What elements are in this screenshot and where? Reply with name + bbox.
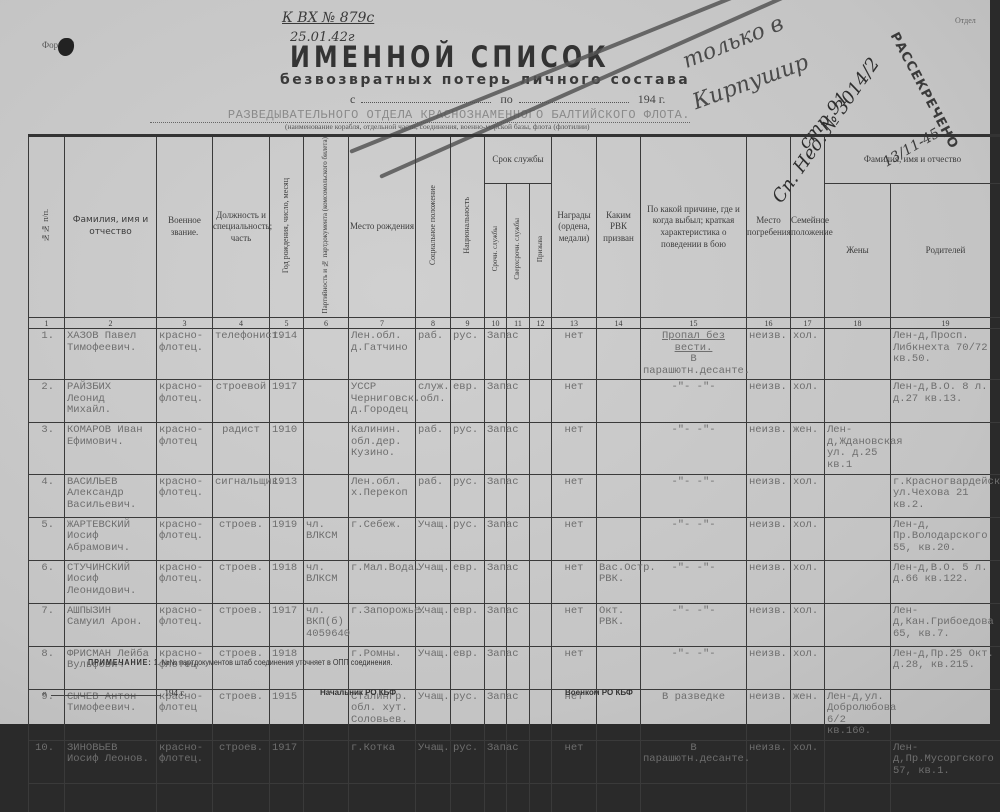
cell-awards: нет — [552, 517, 597, 560]
cell-awards: нет — [552, 646, 597, 689]
header-parents: Родителей — [891, 184, 1000, 318]
cell-rvk — [597, 423, 641, 474]
cell-family-status: хол. — [791, 603, 825, 646]
cell-nationality: рус. — [451, 689, 485, 730]
cell-burial-place: неизв. — [747, 646, 791, 689]
cell-person-name: ФРИСМАН Лейба Вульфович — [65, 646, 157, 689]
cell-service-type: Запас — [485, 423, 507, 474]
cell-social-status: Учащ. — [416, 646, 451, 689]
header-regular-service: Срочн. службы — [485, 184, 507, 318]
cell-social-status: раб. — [416, 329, 451, 380]
cell-military-rank: красно-флотец. — [157, 517, 213, 560]
cell-birthplace: УССР Черниговск.обл. д.Городец — [349, 380, 416, 423]
header-conscription: Призыва — [530, 184, 552, 318]
cell-military-rank: красно-флотец. — [157, 560, 213, 603]
cell-service-type: Запас — [485, 560, 507, 603]
period-line: с по 194 г. — [350, 92, 665, 107]
losses-table: №№ п/п. Фамилия, имя и отчество Военное … — [28, 134, 1000, 730]
cell-birthplace: Лен.обл. д.Гатчино — [349, 329, 416, 380]
cell-burial-place: неизв. — [747, 603, 791, 646]
cell-empty — [530, 423, 552, 474]
column-numbers-row: 123 456 789 101112 131415 161718 19 — [29, 318, 1000, 329]
cell-nationality: евр. — [451, 560, 485, 603]
cell-nationality: евр. — [451, 646, 485, 689]
cell-post: строевой — [213, 380, 270, 423]
cell-birth-year: 1917 — [270, 380, 304, 423]
cell-burial-place: неизв. — [747, 560, 791, 603]
header-family-status: Семейное положение — [791, 136, 825, 318]
cell-service-type: Запас — [485, 603, 507, 646]
cell-rvk — [597, 329, 641, 380]
cell-wife-address: Лен-д,ул. Добролюбова 6/2 кв.160. — [825, 689, 891, 730]
header-social: Социальное положение — [416, 136, 451, 318]
header-rvk: Каким РВК призван — [597, 136, 641, 318]
cell-loss-reason: -"- -"- — [641, 423, 747, 474]
header-birth-year: Год рождения, число, месяц — [270, 136, 304, 318]
cell-row-number: 3. — [29, 423, 65, 474]
cell-service-type: Запас — [485, 474, 507, 517]
header-wife: Жены — [825, 184, 891, 318]
cell-military-rank: красно-флотец — [157, 423, 213, 474]
cell-burial-place: неизв. — [747, 329, 791, 380]
cell-social-status: Учащ. — [416, 560, 451, 603]
header-number: №№ п/п. — [29, 136, 65, 318]
cell-family-status: жен. — [791, 689, 825, 730]
header-post: Должность и специальность; часть — [213, 136, 270, 318]
cell-military-rank: красно-флотец — [157, 646, 213, 689]
table-row: 6.СТУЧИНСКИЙ Иосиф Леонидович.красно-фло… — [29, 560, 1000, 603]
cell-rvk — [597, 380, 641, 423]
cell-loss-reason: -"- -"- — [641, 560, 747, 603]
cell-nationality: евр. — [451, 603, 485, 646]
cell-social-status: раб. — [416, 474, 451, 517]
cell-nationality: евр. — [451, 380, 485, 423]
table-row: 5.ЖАРТЕВСКИЙ Иосиф Абрамович.красно-флот… — [29, 517, 1000, 560]
cell-burial-place: неизв. — [747, 689, 791, 730]
cell-military-rank: красно-флотец. — [157, 329, 213, 380]
table-row: 4.ВАСИЛЬЕВ Александр Васильевич.красно-ф… — [29, 474, 1000, 517]
table-row: 8.ФРИСМАН Лейба Вульфовичкрасно-флотецст… — [29, 646, 1000, 689]
cell-party-membership: чл. ВЛКСМ — [304, 517, 349, 560]
cell-burial-place: неизв. — [747, 423, 791, 474]
cell-loss-reason: -"- -"- — [641, 646, 747, 689]
header-burial: Место погребения — [747, 136, 791, 318]
cell-rvk — [597, 646, 641, 689]
cell-loss-reason: -"- -"- — [641, 474, 747, 517]
cell-post: телефонист. — [213, 329, 270, 380]
cell-nationality: рус. — [451, 329, 485, 380]
cell-post: строев. — [213, 646, 270, 689]
period-to-label: по — [500, 92, 512, 106]
cell-social-status: раб. — [416, 423, 451, 474]
cell-service-type: Запас — [485, 380, 507, 423]
header-awards: Награды (ордена, медали) — [552, 136, 597, 318]
corner-label: Отдел — [955, 16, 976, 25]
cell-wife-address — [825, 603, 891, 646]
cell-row-number: 6. — [29, 560, 65, 603]
cell-rvk — [597, 474, 641, 517]
unit-caption: (наименование корабля, отдельной части, … — [285, 122, 590, 131]
cell-person-name: АШПЫЗИН Самуил Арон. — [65, 603, 157, 646]
cell-parents-address — [891, 689, 1000, 730]
cell-person-name: ВАСИЛЬЕВ Александр Васильевич. — [65, 474, 157, 517]
cell-family-status: хол. — [791, 560, 825, 603]
cell-parents-address: Лен-д, Пр.Володарского 55, кв.20. — [891, 517, 1000, 560]
cell-birthplace: Калинин. обл.дер. Кузино. — [349, 423, 416, 474]
cell-birth-year: 1918 — [270, 560, 304, 603]
cell-wife-address — [825, 329, 891, 380]
period-from-label: с — [350, 92, 355, 106]
cell-empty — [530, 603, 552, 646]
cell-nationality: рус. — [451, 423, 485, 474]
cell-military-rank: красно-флотец. — [157, 474, 213, 517]
cell-row-number: 5. — [29, 517, 65, 560]
footnote-text: 1. №№ партдокументов штаб соединения уто… — [154, 658, 393, 667]
cell-party-membership — [304, 646, 349, 689]
cell-nationality: рус. — [451, 517, 485, 560]
cell-family-status: хол. — [791, 329, 825, 380]
cell-family-status: жен. — [791, 423, 825, 474]
cell-birth-year: 1919 — [270, 517, 304, 560]
cell-person-name: КОМАРОВ Иван Ефимович. — [65, 423, 157, 474]
cell-empty — [530, 560, 552, 603]
cell-family-status: хол. — [791, 474, 825, 517]
cell-row-number: 7. — [29, 603, 65, 646]
cell-service-type: Запас — [485, 329, 507, 380]
period-year: 194 — [638, 92, 656, 106]
cell-empty — [530, 380, 552, 423]
table-row: 1.ХАЗОВ Павел Тимофеевич.красно-флотец.т… — [29, 329, 1000, 380]
cell-parents-address: Лен-д,В.О. 5 л. д.66 кв.122. — [891, 560, 1000, 603]
cell-service-type: Запас — [485, 646, 507, 689]
cell-wife-address: Лен-д,Ждановская ул. д.25 кв.1 — [825, 423, 891, 474]
cell-service-type: Запас — [485, 689, 507, 730]
section-note-missing: Пропал без вести. — [643, 331, 744, 354]
table-row: 3.КОМАРОВ Иван Ефимович.красно-флотецрад… — [29, 423, 1000, 474]
cell-parents-address: Лен-д,Кан.Грибоедова 65, кв.7. — [891, 603, 1000, 646]
cell-awards: нет — [552, 423, 597, 474]
cell-row-number: 1. — [29, 329, 65, 380]
signature-chief: Начальник РО КБФ — [320, 688, 396, 697]
header-birthplace: Место рождения — [349, 136, 416, 318]
cell-family-status: хол. — [791, 646, 825, 689]
cell-wife-address — [825, 646, 891, 689]
cell-party-membership — [304, 329, 349, 380]
header-party: Партийность и № партдокумента (комсомоль… — [304, 136, 349, 318]
cell-birthplace: г.Себеж. — [349, 517, 416, 560]
cell-empty — [530, 329, 552, 380]
table-row: 2.РАЙЗБИХ Леонид Михайл.красно-флотец.ст… — [29, 380, 1000, 423]
cell-empty — [530, 689, 552, 730]
header-name: Фамилия, имя и отчество — [65, 136, 157, 318]
header-reason: По какой причине, где и когда выбыл; кра… — [641, 136, 747, 318]
footnote-label: ПРИМЕЧАНИЕ: — [88, 658, 152, 667]
signature-commissar: Военком РО КБФ — [565, 688, 633, 697]
cell-loss-reason: Пропал без вести.В парашютн.десанте. — [641, 329, 747, 380]
cell-rvk: Вас.Остр. РВК. — [597, 560, 641, 603]
cell-wife-address — [825, 560, 891, 603]
cell-person-name: СТУЧИНСКИЙ Иосиф Леонидович. — [65, 560, 157, 603]
footnote: ПРИМЕЧАНИЕ: 1. №№ партдокументов штаб со… — [88, 658, 392, 667]
cell-awards: нет — [552, 380, 597, 423]
cell-post: строев. — [213, 603, 270, 646]
cell-service-type: Запас — [485, 517, 507, 560]
cell-awards: нет — [552, 329, 597, 380]
cell-person-name: РАЙЗБИХ Леонид Михайл. — [65, 380, 157, 423]
header-rank: Военное звание. — [157, 136, 213, 318]
cell-loss-reason: -"- -"- — [641, 603, 747, 646]
cell-wife-address — [825, 380, 891, 423]
cell-empty — [530, 474, 552, 517]
cell-post: строев. — [213, 689, 270, 730]
header-service-group: Срок службы — [485, 136, 552, 184]
cell-post: сигнальщик. — [213, 474, 270, 517]
cell-row-number: 2. — [29, 380, 65, 423]
cell-birthplace: Лен.обл. х.Перекоп — [349, 474, 416, 517]
cell-loss-reason: В разведке — [641, 689, 747, 730]
cell-family-status: хол. — [791, 380, 825, 423]
period-year-suffix: г. — [659, 92, 666, 106]
cell-social-status: Учащ. — [416, 603, 451, 646]
cell-birth-year: 1918 — [270, 646, 304, 689]
cell-wife-address — [825, 517, 891, 560]
cell-party-membership: чл. ВКП(б) 4059640 — [304, 603, 349, 646]
cell-post: строев. — [213, 517, 270, 560]
cell-rvk — [597, 517, 641, 560]
cell-empty — [530, 517, 552, 560]
cell-burial-place: неизв. — [747, 517, 791, 560]
cell-awards: нет — [552, 603, 597, 646]
cell-person-name: ХАЗОВ Павел Тимофеевич. — [65, 329, 157, 380]
signature-date: «194 г. — [42, 688, 185, 698]
header-nationality: Национальность — [451, 136, 485, 318]
cell-party-membership — [304, 474, 349, 517]
document-page: Форма 6 К ВХ № 879с 25.01.42г ИМЕННОЙ СП… — [0, 0, 990, 724]
cell-loss-reason: -"- -"- — [641, 517, 747, 560]
cell-rvk: Окт. РВК. — [597, 603, 641, 646]
cell-post: радист — [213, 423, 270, 474]
cell-birthplace: г.Ромны. — [349, 646, 416, 689]
cell-party-membership — [304, 423, 349, 474]
cell-party-membership — [304, 380, 349, 423]
cell-social-status: Учащ. — [416, 689, 451, 730]
cell-birthplace: г.Запорожье. — [349, 603, 416, 646]
header-extended-service: Сверхсрочн. службы — [507, 184, 530, 318]
cell-party-membership: чл. ВЛКСМ — [304, 560, 349, 603]
cell-awards: нет — [552, 474, 597, 517]
cell-birth-year: 1913 — [270, 474, 304, 517]
cell-empty — [530, 646, 552, 689]
document-subtitle: безвозвратных потерь личного состава — [280, 72, 690, 88]
cell-birth-year: 1910 — [270, 423, 304, 474]
cell-parents-address: г.Красногвардейск, ул.Чехова 21 кв.2. — [891, 474, 1000, 517]
cell-birth-year: 1915 — [270, 689, 304, 730]
cell-burial-place: неизв. — [747, 474, 791, 517]
cell-post: строев. — [213, 560, 270, 603]
ink-blot — [58, 38, 74, 56]
cell-military-rank: красно-флотец. — [157, 380, 213, 423]
cell-wife-address — [825, 474, 891, 517]
cell-row-number: 8. — [29, 646, 65, 689]
cell-burial-place: неизв. — [747, 380, 791, 423]
cell-awards: нет — [552, 560, 597, 603]
cell-row-number: 4. — [29, 474, 65, 517]
table-row: 7.АШПЫЗИН Самуил Арон.красно-флотец.стро… — [29, 603, 1000, 646]
cell-birth-year: 1914 — [270, 329, 304, 380]
cell-family-status: хол. — [791, 517, 825, 560]
cell-birth-year: 1917 — [270, 603, 304, 646]
cell-social-status: Учащ. — [416, 517, 451, 560]
cell-parents-address: Лен-д,В.О. 8 л. д.27 кв.13. — [891, 380, 1000, 423]
handwritten-registration-number: К ВХ № 879с — [282, 10, 374, 26]
cell-person-name: ЖАРТЕВСКИЙ Иосиф Абрамович. — [65, 517, 157, 560]
cell-parents-address: Лен-д,Пр.25 Окт. д.28, кв.215. — [891, 646, 1000, 689]
cell-parents-address: Лен-д,Просп. Либкнехта 70/72 кв.50. — [891, 329, 1000, 380]
cell-birthplace: г.Мал.Вода. — [349, 560, 416, 603]
cell-loss-reason: В парашютн.десанте. — [643, 354, 744, 377]
cell-parents-address — [891, 423, 1000, 474]
header-family-group: Фамилия, имя и отчество — [825, 136, 1000, 184]
cell-loss-reason: -"- -"- — [641, 380, 747, 423]
document-title: ИМЕННОЙ СПИСОК — [290, 40, 610, 74]
cell-military-rank: красно-флотец. — [157, 603, 213, 646]
cell-nationality: рус. — [451, 474, 485, 517]
